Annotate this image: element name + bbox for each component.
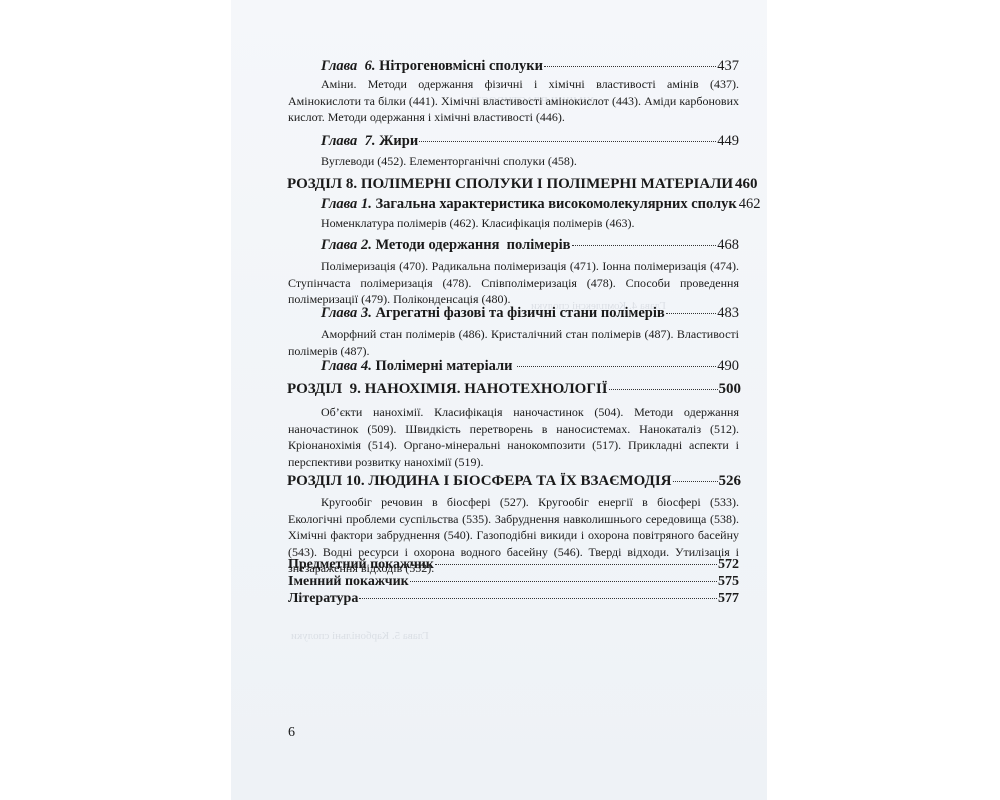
chapter-title: Агрегатні фазові та фізичні стани поліме…: [375, 305, 664, 321]
toc-page-number: 490: [717, 358, 739, 375]
toc-index-subject[interactable]: Предметний покажчик 572: [288, 557, 739, 573]
chapter-summary: Аміни. Методи одержання фізичні і хімічн…: [288, 76, 739, 126]
toc-section[interactable]: РОЗДІЛ 9. НАНОХІМІЯ. НАНОТЕХНОЛОГІЇ 500: [287, 381, 741, 398]
toc-page-number: 526: [719, 473, 742, 490]
chapter-number: 6.: [365, 58, 376, 74]
toc-page-number: 449: [717, 133, 739, 150]
section-title: РОЗДІЛ 8. ПОЛІМЕРНІ СПОЛУКИ І ПОЛІМЕРНІ …: [287, 176, 733, 193]
toc-chapter[interactable]: Глава 2. Методи одержання полімерів 468: [288, 237, 739, 254]
toc-index-names[interactable]: Іменний покажчик 575: [288, 574, 739, 590]
dot-leader: [517, 365, 716, 367]
chapter-title: Загальна характеристика високомолекулярн…: [375, 196, 736, 212]
dot-leader: [666, 312, 717, 314]
chapter-label: Глава: [321, 358, 357, 374]
chapter-number: 2.: [361, 237, 372, 253]
bleed-through-text: Глава 5. Карбонільні сполуки: [291, 630, 429, 642]
toc-page-number: 577: [718, 591, 739, 607]
chapter-summary: Номенклатура полімерів (462). Класифікац…: [288, 215, 739, 232]
chapter-title: Жири: [379, 133, 418, 149]
toc-page-number: 575: [718, 574, 739, 590]
chapter-label: Глава: [321, 237, 357, 253]
dot-leader: [609, 388, 718, 390]
dot-leader: [673, 480, 718, 482]
section-title: РОЗДІЛ 10. ЛЮДИНА І БІОСФЕРА ТА ЇХ ВЗАЄМ…: [287, 473, 672, 490]
index-title: Література: [288, 591, 358, 607]
chapter-number: 1.: [361, 196, 372, 212]
chapter-number: 4.: [361, 358, 372, 374]
page-number: 6: [288, 725, 295, 741]
toc-chapter[interactable]: Глава 3. Агрегатні фазові та фізичні ста…: [288, 305, 739, 322]
toc-section[interactable]: РОЗДІЛ 10. ЛЮДИНА І БІОСФЕРА ТА ЇХ ВЗАЄМ…: [287, 473, 741, 490]
chapter-label: Глава: [321, 196, 357, 212]
toc-literature[interactable]: Література 577: [288, 591, 739, 607]
toc-chapter[interactable]: Глава 6. Нітрогеновмісні сполуки 437: [288, 58, 739, 75]
chapter-number: 3.: [361, 305, 372, 321]
toc-page-number: 572: [718, 557, 739, 573]
dot-leader: [410, 580, 717, 582]
chapter-title: Полімерні матеріали: [375, 358, 512, 374]
toc-section[interactable]: РОЗДІЛ 8. ПОЛІМЕРНІ СПОЛУКИ І ПОЛІМЕРНІ …: [287, 176, 741, 193]
chapter-summary: Аморфний стан полімерів (486). Кристаліч…: [288, 326, 739, 359]
toc-chapter[interactable]: Глава 4. Полімерні матеріали 490: [288, 358, 739, 375]
chapter-title: Методи одержання полімерів: [375, 237, 570, 253]
toc-page-number: 500: [719, 381, 742, 398]
toc-page-number: 437: [717, 58, 739, 75]
chapter-summary: Полімеризація (470). Радикальна полімери…: [288, 258, 739, 308]
dot-leader: [572, 244, 717, 246]
toc-page-number: 468: [717, 237, 739, 254]
dot-leader: [419, 140, 716, 142]
chapter-label: Глава: [321, 58, 357, 74]
chapter-label: Глава: [321, 133, 357, 149]
index-title: Предметний покажчик: [288, 557, 434, 573]
index-title: Іменний покажчик: [288, 574, 409, 590]
dot-leader: [544, 65, 716, 67]
chapter-summary: Вуглеводи (452). Елементорганічні сполук…: [288, 153, 739, 170]
section-summary: Об’єкти нанохімії. Класифікація наночаст…: [288, 404, 739, 470]
dot-leader: [435, 563, 717, 565]
chapter-title: Нітрогеновмісні сполуки: [379, 58, 543, 74]
section-title: РОЗДІЛ 9. НАНОХІМІЯ. НАНОТЕХНОЛОГІЇ: [287, 381, 608, 398]
toc-page-number: 462: [739, 196, 761, 213]
chapter-number: 7.: [365, 133, 376, 149]
toc-chapter[interactable]: Глава 7. Жири 449: [288, 133, 739, 150]
dot-leader: [359, 597, 717, 599]
chapter-label: Глава: [321, 305, 357, 321]
toc-page-number: 460: [735, 176, 758, 193]
toc-chapter[interactable]: Глава 1. Загальна характеристика високом…: [288, 196, 739, 213]
toc-page-number: 483: [717, 305, 739, 322]
